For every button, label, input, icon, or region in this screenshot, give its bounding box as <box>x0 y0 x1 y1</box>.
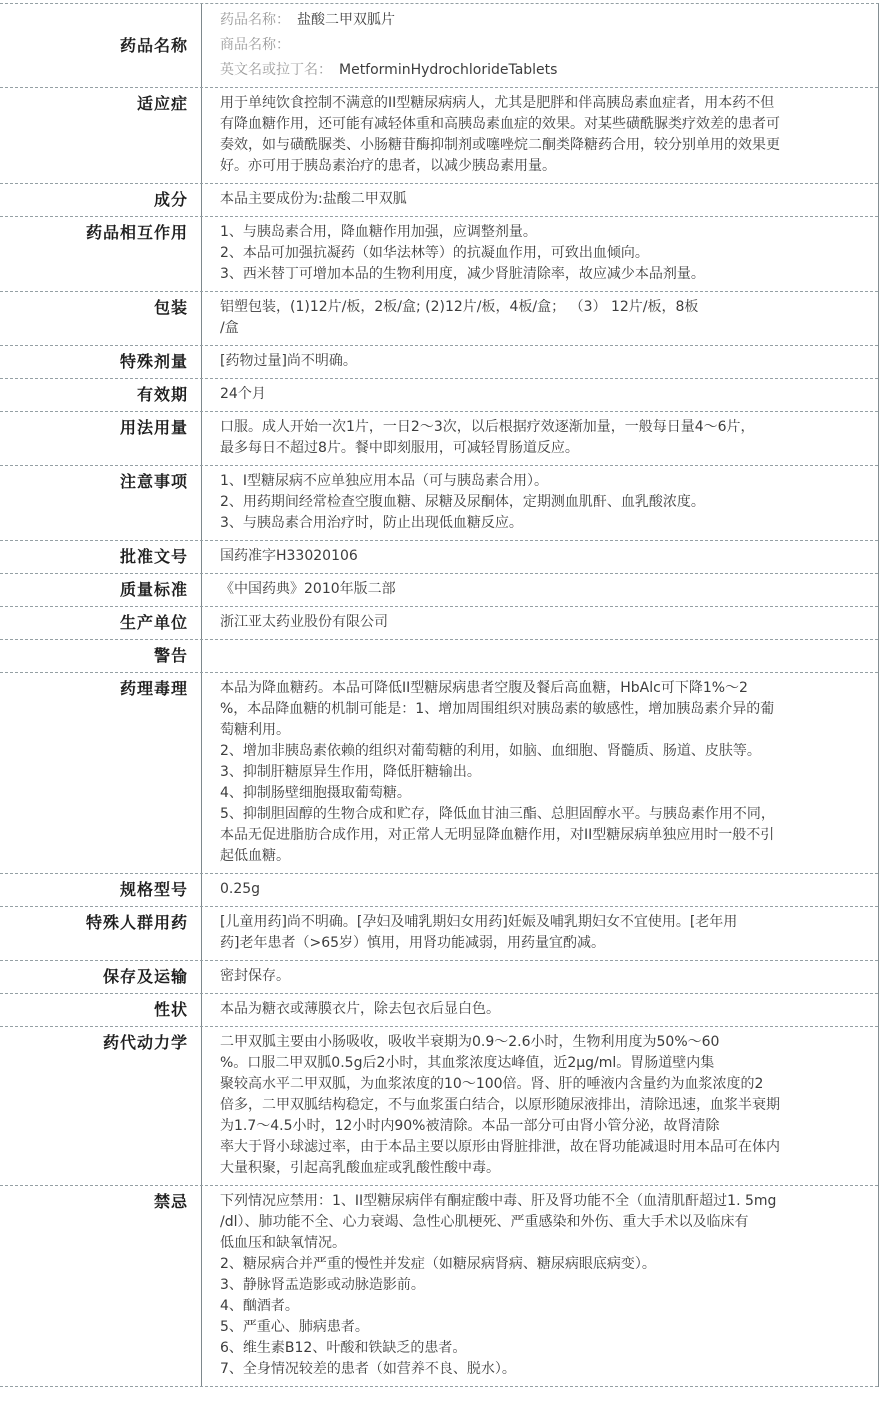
row-label: 药理毒理 <box>0 673 202 873</box>
table-row: 适应症用于单纯饮食控制不满意的II型糖尿病病人，尤其是肥胖和伴高胰岛素血症者，用… <box>0 88 878 184</box>
row-label: 用法用量 <box>0 412 202 465</box>
row-content: 本品主要成份为:盐酸二甲双胍 <box>202 184 878 216</box>
table-row: 性状本品为糖衣或薄膜衣片，除去包衣后显白色。 <box>0 994 878 1027</box>
row-content <box>202 640 878 672</box>
row-label: 规格型号 <box>0 874 202 906</box>
row-content: 本品为糖衣或薄膜衣片，除去包衣后显白色。 <box>202 994 878 1026</box>
row-label: 禁忌 <box>0 1186 202 1386</box>
row-content: 浙江亚太药业股份有限公司 <box>202 607 878 639</box>
table-row: 规格型号0.25g <box>0 874 878 907</box>
table-row: 注意事项1、I型糖尿病不应单独应用本品（可与胰岛素合用）。 2、用药期间经常检查… <box>0 466 878 541</box>
row-content: [药物过量]尚不明确。 <box>202 346 878 378</box>
row-label: 药品名称 <box>0 4 202 87</box>
drug-name-field: 药品名称：盐酸二甲双胍片 <box>220 8 858 33</box>
row-label: 包装 <box>0 292 202 345</box>
table-row: 禁忌下列情况应禁用：1、II型糖尿病伴有酮症酸中毒、肝及肾功能不全（血清肌酐超过… <box>0 1186 878 1387</box>
row-content: 0.25g <box>202 874 878 906</box>
row-label: 特殊人群用药 <box>0 907 202 960</box>
table-row: 警告 <box>0 640 878 673</box>
drug-info-table: 药品名称 药品名称：盐酸二甲双胍片 商品名称： 英文名或拉丁名：Metformi… <box>0 3 879 1387</box>
row-content: [儿童用药]尚不明确。[孕妇及哺乳期妇女用药]妊娠及哺乳期妇女不宜使用。[老年用… <box>202 907 878 960</box>
row-content: 国药准字H33020106 <box>202 541 878 573</box>
trade-name-field: 商品名称： <box>220 33 858 58</box>
field-value: 盐酸二甲双胍片 <box>297 12 395 28</box>
row-content: 24个月 <box>202 379 878 411</box>
table-row: 特殊剂量[药物过量]尚不明确。 <box>0 346 878 379</box>
table-row-drug-name: 药品名称 药品名称：盐酸二甲双胍片 商品名称： 英文名或拉丁名：Metformi… <box>0 4 878 88</box>
row-label: 成分 <box>0 184 202 216</box>
table-row: 生产单位浙江亚太药业股份有限公司 <box>0 607 878 640</box>
row-label: 保存及运输 <box>0 961 202 993</box>
table-row: 成分本品主要成份为:盐酸二甲双胍 <box>0 184 878 217</box>
row-content: 本品为降血糖药。本品可降低II型糖尿病患者空腹及餐后高血糖，HbAlc可下降1%… <box>202 673 878 873</box>
row-label: 生产单位 <box>0 607 202 639</box>
table-row: 有效期24个月 <box>0 379 878 412</box>
table-row: 保存及运输密封保存。 <box>0 961 878 994</box>
row-content: 药品名称：盐酸二甲双胍片 商品名称： 英文名或拉丁名：MetforminHydr… <box>202 4 878 87</box>
row-label: 警告 <box>0 640 202 672</box>
table-row: 质量标准《中国药典》2010年版二部 <box>0 574 878 607</box>
table-row: 药理毒理本品为降血糖药。本品可降低II型糖尿病患者空腹及餐后高血糖，HbAlc可… <box>0 673 878 874</box>
row-label: 特殊剂量 <box>0 346 202 378</box>
table-row: 特殊人群用药[儿童用药]尚不明确。[孕妇及哺乳期妇女用药]妊娠及哺乳期妇女不宜使… <box>0 907 878 961</box>
table-row: 药品相互作用1、与胰岛素合用，降血糖作用加强，应调整剂量。 2、本品可加强抗凝药… <box>0 217 878 292</box>
table-row: 药代动力学二甲双胍主要由小肠吸收，吸收半衰期为0.9～2.6小时，生物利用度为5… <box>0 1027 878 1186</box>
field-value: MetforminHydrochlorideTablets <box>339 62 557 78</box>
row-content: 用于单纯饮食控制不满意的II型糖尿病病人，尤其是肥胖和伴高胰岛素血症者，用本药不… <box>202 88 878 183</box>
table-rows: 适应症用于单纯饮食控制不满意的II型糖尿病病人，尤其是肥胖和伴高胰岛素血症者，用… <box>0 88 878 1387</box>
table-row: 用法用量口服。成人开始一次1片，一日2～3次，以后根据疗效逐渐加量，一般每日量4… <box>0 412 878 466</box>
row-content: 1、I型糖尿病不应单独应用本品（可与胰岛素合用）。 2、用药期间经常检查空腹血糖… <box>202 466 878 540</box>
row-content: 口服。成人开始一次1片，一日2～3次，以后根据疗效逐渐加量，一般每日量4～6片，… <box>202 412 878 465</box>
table-row: 包装铝塑包装，(1)12片/板，2板/盒; (2)12片/板，4板/盒； （3）… <box>0 292 878 346</box>
field-key: 商品名称： <box>220 37 290 53</box>
table-row: 批准文号国药准字H33020106 <box>0 541 878 574</box>
field-key: 英文名或拉丁名： <box>220 62 332 78</box>
row-content: 铝塑包装，(1)12片/板，2板/盒; (2)12片/板，4板/盒； （3） 1… <box>202 292 878 345</box>
row-content: 《中国药典》2010年版二部 <box>202 574 878 606</box>
row-content: 1、与胰岛素合用，降血糖作用加强，应调整剂量。 2、本品可加强抗凝药（如华法林等… <box>202 217 878 291</box>
row-content: 二甲双胍主要由小肠吸收，吸收半衰期为0.9～2.6小时，生物利用度为50%～60… <box>202 1027 878 1185</box>
row-content: 密封保存。 <box>202 961 878 993</box>
row-label: 有效期 <box>0 379 202 411</box>
field-key: 药品名称： <box>220 12 290 28</box>
row-label: 批准文号 <box>0 541 202 573</box>
row-label: 适应症 <box>0 88 202 183</box>
row-label: 性状 <box>0 994 202 1026</box>
row-label: 注意事项 <box>0 466 202 540</box>
row-label: 药品相互作用 <box>0 217 202 291</box>
row-label: 质量标准 <box>0 574 202 606</box>
row-label: 药代动力学 <box>0 1027 202 1185</box>
english-name-field: 英文名或拉丁名：MetforminHydrochlorideTablets <box>220 58 858 83</box>
row-content: 下列情况应禁用：1、II型糖尿病伴有酮症酸中毒、肝及肾功能不全（血清肌酐超过1.… <box>202 1186 878 1386</box>
drug-info-page: 药品名称 药品名称：盐酸二甲双胍片 商品名称： 英文名或拉丁名：Metformi… <box>0 0 880 1387</box>
